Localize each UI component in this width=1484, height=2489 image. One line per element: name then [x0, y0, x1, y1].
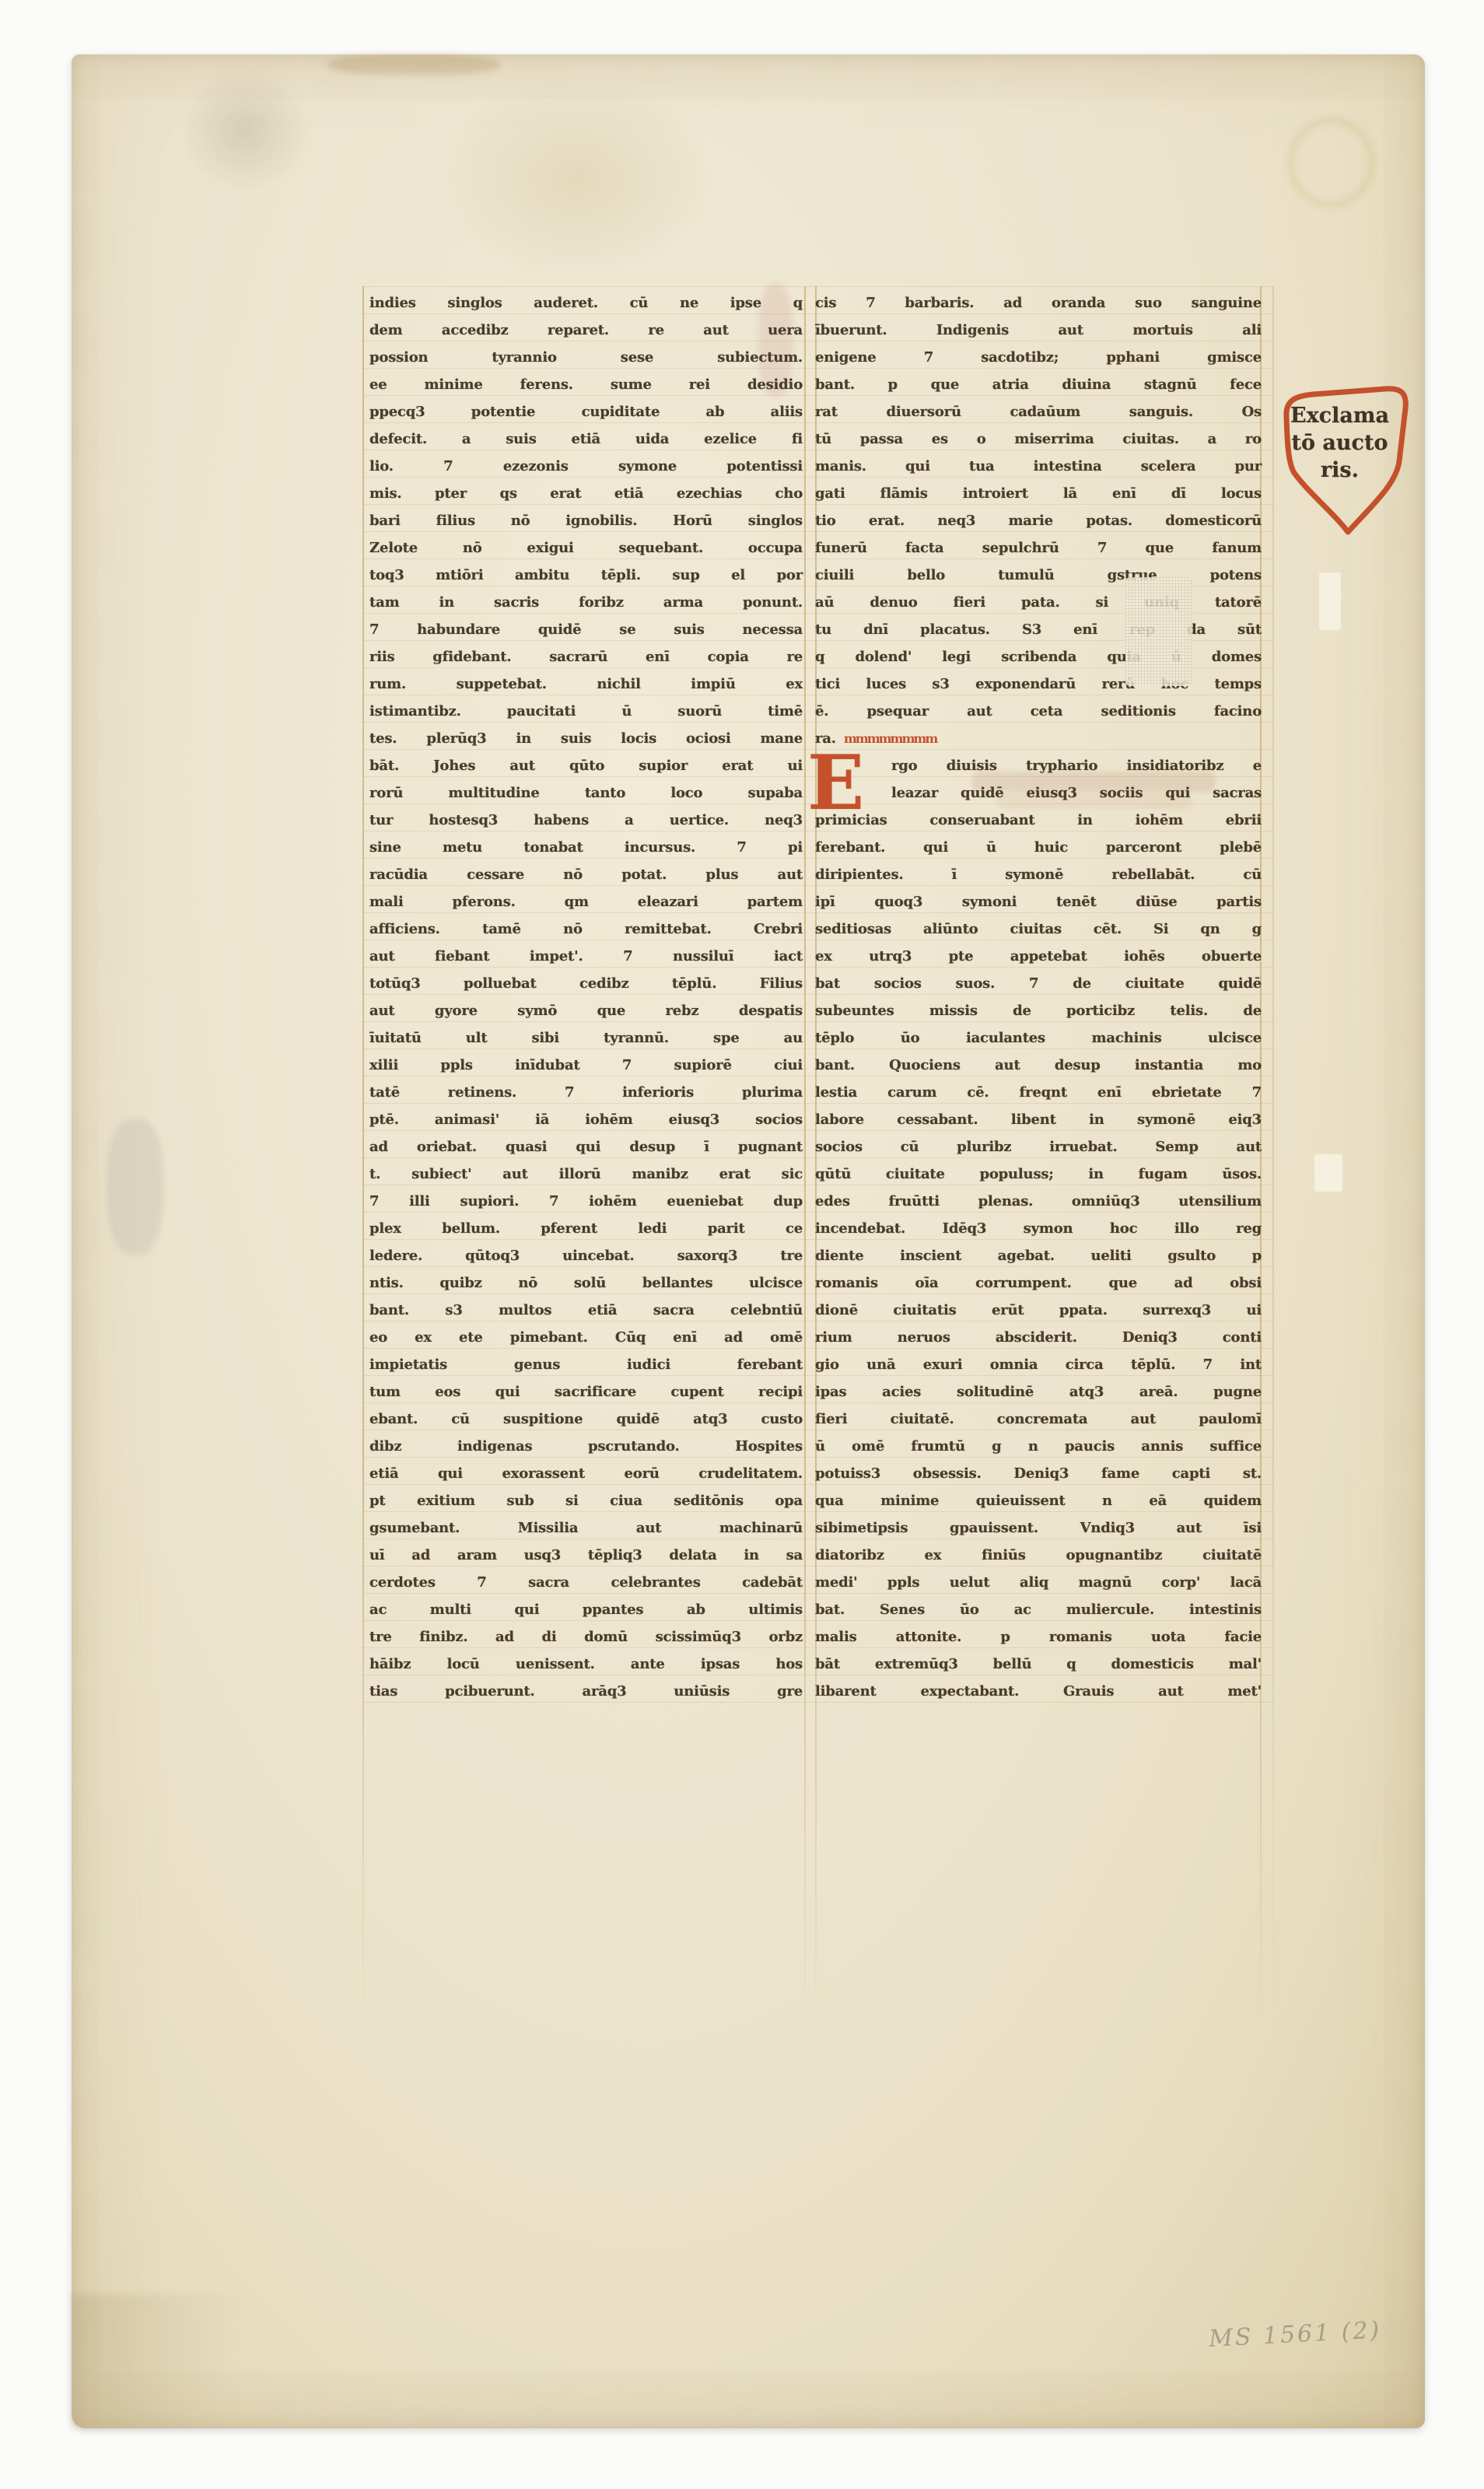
stain-ring-top-right [1287, 117, 1375, 208]
text-line: tias pcibuerunt. arāq3 uniūsis gre [369, 1678, 803, 1705]
text-line: indies singlos auderet. cū ne ipse q [369, 289, 803, 317]
text-line: romanis oīa corrumpent. que ad obsi [815, 1269, 1262, 1297]
text-line: plex bellum. pferent ledi parit ce [369, 1215, 803, 1242]
text-line: qūtū ciuitate populuss; in fugam ūsos. [815, 1160, 1262, 1188]
text-line: ee minime ferens. sume rei desidio [369, 371, 803, 398]
text-line: Zelote nō exigui sequebant. occupa [369, 534, 803, 562]
text-line: ex utrq3 pte appetebat iohēs obuerte [815, 943, 1262, 970]
text-line: defecit. a suis etiā uida ezelice fi [369, 425, 803, 453]
text-column-2: cis 7 barbaris. ad oranda suo sanguineīb… [815, 289, 1262, 1709]
text-line: ē. psequar aut ceta seditionis facino [815, 698, 1262, 725]
text-line: tēplo ūo iaculantes machinis ulcisce [815, 1024, 1262, 1052]
text-line: bāt extremūq3 bellū q domesticis mal' [815, 1651, 1262, 1678]
text-line: cerdotes 7 sacra celebrantes cadebāt [369, 1569, 803, 1596]
text-line: eo ex ete pimebant. Cūq enī ad omē [369, 1324, 803, 1351]
text-line: ipī quoq3 symoni tenēt diūse partis [815, 888, 1262, 915]
text-line: aut gyore symō que rebz despatis [369, 997, 803, 1024]
text-line: tur hostesq3 habens a uertice. neq3 [369, 807, 803, 834]
text-line: 7 illi supiori. 7 iohēm eueniebat dup [369, 1188, 803, 1215]
edge-repair-patch [1314, 1154, 1342, 1192]
stain-top-center [437, 74, 717, 284]
shade-bottom-left [72, 2295, 320, 2428]
marginal-note-line: ris. [1268, 457, 1412, 484]
text-line: bari filius nō ignobilis. Horū singlos [369, 507, 803, 534]
text-line: cis 7 barbaris. ad oranda suo sanguine [815, 289, 1262, 317]
text-line: ebant. cū suspitione quidē atq3 custo [369, 1406, 803, 1433]
text-line: rat diuersorū cadaūum sanguis. Os [815, 398, 1262, 425]
text-line: sibimetipsis gpauissent. Vndiq3 aut īsi [815, 1514, 1262, 1542]
text-line: tū passa es o miserrima ciuitas. a ro [815, 425, 1262, 453]
text-line: fieri ciuitatē. concremata aut paulomī [815, 1406, 1262, 1433]
text-line: ptē. animasi' iā iohēm eiusq3 socios [369, 1106, 803, 1133]
text-line: bat. Senes ūo ac muliercule. intestinis [815, 1596, 1262, 1623]
text-line: mis. pter qs erat etiā ezechias cho [369, 480, 803, 507]
text-line: lio. 7 ezezonis symone potentissi [369, 453, 803, 480]
text-line: lestia carum cē. freqnt enī ebrietate 7 [815, 1079, 1262, 1106]
text-line: bant. Quociens aut desup instantia mo [815, 1052, 1262, 1079]
text-line: toq3 mtiōri ambitu tēpli. sup el por [369, 562, 803, 589]
manuscript-leaf: indies singlos auderet. cū ne ipse qdem … [72, 54, 1425, 2428]
text-line: seditiosas aliūnto ciuitas cēt. Si qn g [815, 915, 1262, 943]
text-line: ledere. qūtoq3 uincebat. saxorq3 tre [369, 1242, 803, 1269]
text-line: bat socios suos. 7 de ciuitate quidē [815, 970, 1262, 997]
edge-repair-patch [1319, 572, 1341, 630]
text-line: sine metu tonabat incursus. 7 pi [369, 834, 803, 861]
text-line: diente inscient agebat. ueliti gsulto p [815, 1242, 1262, 1269]
text-line: 7 habundare quidē se suis necessa [369, 616, 803, 643]
textile-repair-patch [1125, 577, 1192, 686]
text-line: diatoribz ex finiūs opugnantibz ciuitatē [815, 1542, 1262, 1569]
text-line: ībuerunt. Indigenis aut mortuis ali [815, 317, 1262, 344]
text-line: hāibz locū uenissent. ante ipsas hos [369, 1651, 803, 1678]
text-line: subeuntes missis de porticibz telis. de [815, 997, 1262, 1024]
text-line: rum. suppetebat. nichil impiū ex [369, 670, 803, 698]
text-line: tum eos qui sacrificare cupent recipi [369, 1378, 803, 1406]
text-line: ppecq3 potentie cupiditate ab aliis [369, 398, 803, 425]
text-line: ipas acies solitudinē atq3 areā. pugne [815, 1378, 1262, 1406]
marginal-note-text: Exclama tō aucto ris. [1268, 402, 1412, 484]
text-line: manis. qui tua intestina scelera pur [815, 453, 1262, 480]
stain-top-left [179, 68, 311, 193]
text-line: dibz indigenas pscrutando. Hospites [369, 1433, 803, 1460]
pencil-shelfmark: MS 1561 (2) [1208, 2313, 1442, 2353]
text-line: racūdia cessare nō potat. plus aut [369, 861, 803, 888]
text-line: labore cessabant. libent in symonē eiq3 [815, 1106, 1262, 1133]
marginal-note-line: Exclama [1268, 402, 1412, 429]
text-line: xilii ppls inīdubat 7 supiorē ciui [369, 1052, 803, 1079]
text-line: tam in sacris foribz arma ponunt. [369, 589, 803, 616]
text-line: possion tyrannio sese subiectum. [369, 344, 803, 371]
text-line: funerū facta sepulchrū 7 que fanum [815, 534, 1262, 562]
text-line: dionē ciuitatis erūt ppata. surrexq3 ui [815, 1297, 1262, 1324]
text-line: rium neruos absciderit. Deniq3 conti [815, 1324, 1262, 1351]
text-line: medi' ppls uelut aliq magnū corp' lacā [815, 1569, 1262, 1596]
text-line: rorū multitudine tanto loco supaba [369, 779, 803, 807]
text-line: tes. plerūq3 in suis locis ociosi mane [369, 725, 803, 752]
text-line: tatē retinens. 7 inferioris plurima [369, 1079, 803, 1106]
text-line: ciuili bello tumulū gstrue potens [815, 562, 1262, 589]
text-line: aut fiebant impet'. 7 nussiluī iact [369, 943, 803, 970]
text-line: socios cū pluribz irruebat. Semp aut [815, 1133, 1262, 1160]
marginal-note-line: tō aucto [1268, 429, 1412, 457]
marginal-annotation: Exclama tō aucto ris. [1268, 385, 1417, 550]
text-line: ferebant. qui ū huic parceront plebē [815, 834, 1262, 861]
text-line: tu dnī placatus. S3 enī rep da sūt [815, 616, 1262, 643]
vertical-ruling-line [804, 286, 806, 2032]
text-line: afficiens. tamē nō remittebat. Crebri [369, 915, 803, 943]
text-line: tio erat. neq3 marie potas. domesticorū [815, 507, 1262, 534]
text-line: ū omē frumtū g n paucis annis suffice [815, 1433, 1262, 1460]
text-line: diripientes. ī symonē rebellabāt. cū [815, 861, 1262, 888]
text-line: bant. p que atria diuina stagnū fece [815, 371, 1262, 398]
stain-left-edge [107, 1118, 163, 1255]
text-line: mali pferons. qm eleazari partem [369, 888, 803, 915]
text-line: ad oriebat. quasi qui desup ī pugnant [369, 1133, 803, 1160]
stain-top-edge [328, 54, 499, 75]
text-line: t. subiect' aut illorū manibz erat sic [369, 1160, 803, 1188]
text-line: bāt. Johes aut qūto supior erat ui [369, 752, 803, 779]
text-line: dem accedibz reparet. re aut uera [369, 317, 803, 344]
text-line: ac multi qui ppantes ab ultimis [369, 1596, 803, 1623]
text-column-1: indies singlos auderet. cū ne ipse qdem … [369, 289, 803, 1709]
text-line: incendebat. Idēq3 symon hoc illo reg [815, 1215, 1262, 1242]
text-line: bant. s3 multos etiā sacra celebntiū [369, 1297, 803, 1324]
text-line: tre finibz. ad di domū scissimūq3 orbz [369, 1623, 803, 1651]
text-line: etiā qui exorassent eorū crudelitatem. [369, 1460, 803, 1487]
text-line: gio unā exuri omnia circa tēplū. 7 int [815, 1351, 1262, 1378]
text-line: aū denuo fieri pata. si uniq tatorē [815, 589, 1262, 616]
red-initial-E: E [807, 744, 885, 826]
text-line: istimantibz. paucitati ū suorū timē [369, 698, 803, 725]
text-line: gati flāmis introiert lā enī dī locus [815, 480, 1262, 507]
text-line: tici luces s3 exponendarū rerū hoc temps [815, 670, 1262, 698]
text-line: qua minime quieuissent n eā quidem [815, 1487, 1262, 1514]
text-line: edes fruūtti plenas. omniūq3 utensilium [815, 1188, 1262, 1215]
text-line: malis attonite. p romanis uota facie [815, 1623, 1262, 1651]
text-line: impietatis genus iudici ferebant [369, 1351, 803, 1378]
text-line: totūq3 polluebat cedibz tēplū. Filius [369, 970, 803, 997]
text-line: gsumebant. Missilia aut machinarū [369, 1514, 803, 1542]
text-line: uī ad aram usq3 tēpliq3 delata in sa [369, 1542, 803, 1569]
text-line: īuitatū ult sibi tyrannū. spe au [369, 1024, 803, 1052]
text-line: riis gfidebant. sacrarū enī copia re [369, 643, 803, 670]
text-line: ntis. quibz nō solū bellantes ulcisce [369, 1269, 803, 1297]
vertical-ruling-line [362, 286, 364, 2032]
text-line: q dolend' legi scribenda quia ū domes [815, 643, 1262, 670]
text-line: pt exitium sub si ciua seditōnis opa [369, 1487, 803, 1514]
text-line: potuiss3 obsessis. Deniq3 fame capti st. [815, 1460, 1262, 1487]
text-line: libarent expectabant. Grauis aut met' [815, 1678, 1262, 1705]
text-line: enigene 7 sacdotibz; pphani gmisce [815, 344, 1262, 371]
